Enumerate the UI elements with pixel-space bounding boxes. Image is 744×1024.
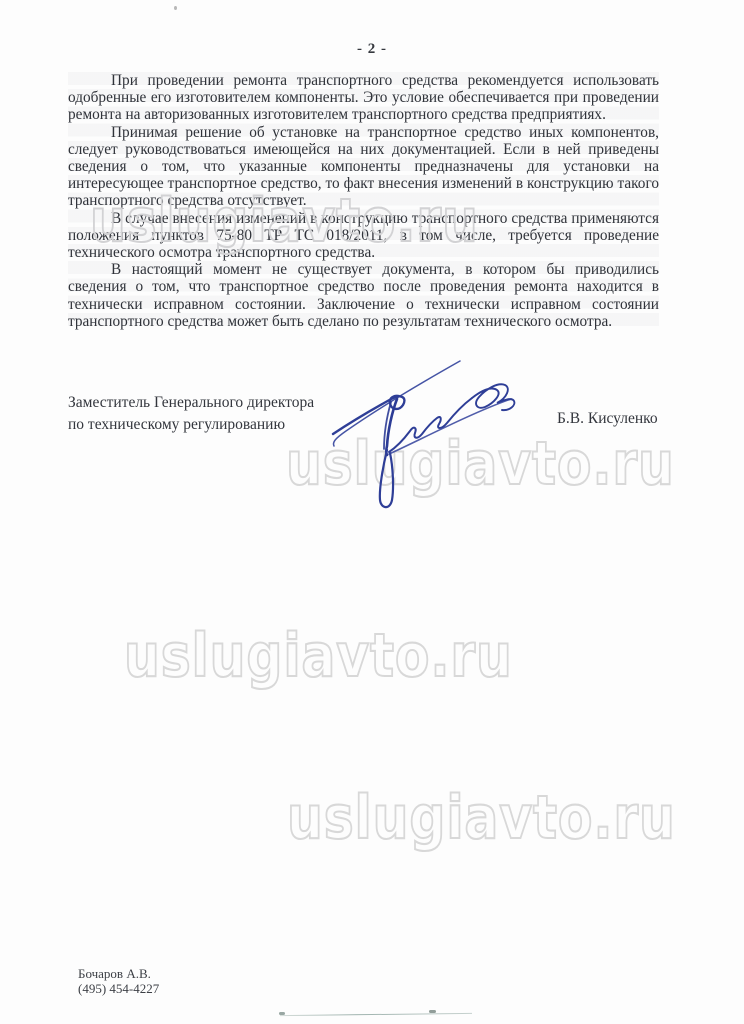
footer-contact: Бочаров А.В. (495) 454-4227	[78, 967, 159, 996]
scanned-document-page: - 2 - При проведении ремонта транспортно…	[0, 0, 744, 1024]
footer-contact-name: Бочаров А.В.	[78, 967, 159, 982]
paragraph-technical-condition: В настоящий момент не существует докумен…	[68, 261, 659, 330]
paragraph-repair-components: При проведении ремонта транспортного сре…	[68, 72, 659, 124]
watermark-text: uslugiavto.ru	[90, 191, 479, 251]
handwritten-signature-icon	[321, 350, 526, 512]
signer-position-line1: Заместитель Генерального директора	[68, 392, 314, 414]
scan-artifact-speck	[429, 1010, 436, 1013]
watermark-text: uslugiavto.ru	[124, 626, 513, 686]
signer-position: Заместитель Генерального директора по те…	[68, 392, 314, 435]
page-number: - 2 -	[0, 41, 744, 58]
scan-artifact-speck	[279, 1012, 285, 1015]
signer-name: Б.В. Кисуленко	[557, 410, 658, 428]
footer-phone: (495) 454-4227	[78, 982, 159, 997]
watermark-text: uslugiavto.ru	[287, 788, 676, 848]
scan-artifact-line	[280, 1013, 472, 1016]
scan-artifact-speck	[174, 6, 177, 10]
signer-position-line2: по техническому регулированию	[68, 414, 314, 436]
